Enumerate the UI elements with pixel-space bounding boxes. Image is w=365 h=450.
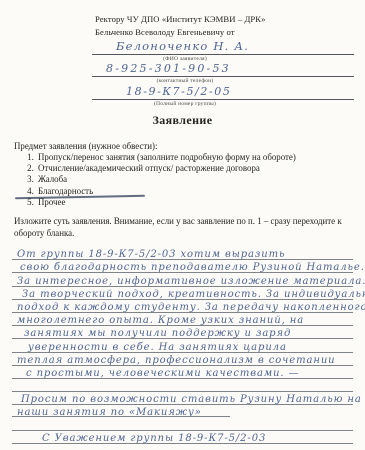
subject-item-3: Жалоба bbox=[36, 174, 296, 185]
subject-item-1: Пропуск/перенос занятия (заполните подро… bbox=[36, 152, 296, 163]
scanned-application-form: Ректору ЧУ ДПО «Институт КЭМВИ – ДРК» Бе… bbox=[0, 0, 365, 450]
group-number-caption: (Полный номер группы) bbox=[100, 101, 270, 107]
recipient-line1: Ректору ЧУ ДПО «Институт КЭМВИ – ДРК» bbox=[95, 13, 266, 26]
ruled-line-7: занятиях мы получили поддержку и заряд bbox=[12, 326, 353, 339]
handwritten-text-line-2: свою благодарность преподавателю Рузиной… bbox=[20, 262, 365, 273]
handwritten-text-line-1: От группы 18-9-К7-5/2-03 хотим выразить bbox=[17, 249, 285, 260]
ruled-line-2: свою благодарность преподавателю Рузиной… bbox=[12, 260, 353, 273]
handwritten-body: От группы 18-9-К7-5/2-03 хотим выразитьс… bbox=[12, 247, 353, 450]
contact-phone-field: 8-925-301-90-53 bbox=[92, 60, 354, 77]
ruled-line-11 bbox=[12, 379, 353, 392]
handwritten-text-line-6: многолетнего опыта. Кроме узких знаний, … bbox=[17, 315, 304, 326]
recipient-block: Ректору ЧУ ДПО «Институт КЭМВИ – ДРК» Бе… bbox=[95, 13, 266, 38]
subject-list: Пропуск/перенос занятия (заполните подро… bbox=[18, 152, 296, 208]
handwritten-text-line-3: За интересное, информативное изложение м… bbox=[17, 276, 365, 287]
ruled-line-5: подход к каждому студенту. За передачу н… bbox=[12, 300, 353, 313]
ruled-line-13: наши занятия по «Макияжу» bbox=[12, 405, 353, 417]
ruled-line-9: теплая атмосфера, профессионализм в соче… bbox=[12, 353, 353, 366]
ruled-line-14 bbox=[12, 417, 353, 430]
subject-label: Предмет заявления (нужное обвести): bbox=[14, 141, 157, 151]
form-title: Заявление bbox=[0, 113, 365, 128]
applicant-name-handwriting: Белоноченко Н. А. bbox=[116, 39, 249, 53]
handwritten-text-line-5: подход к каждому студенту. За передачу н… bbox=[17, 302, 365, 313]
subject-item-5: Прочее bbox=[36, 197, 296, 208]
ruled-line-3: За интересное, информативное изложение м… bbox=[12, 273, 353, 286]
handwritten-text-line-10: с простыми, человеческими качествами. — bbox=[26, 368, 299, 379]
subject-item-4: Благодарность bbox=[36, 186, 296, 197]
group-number-handwriting: 18-9-К7-5/2-05 bbox=[126, 85, 231, 98]
ruled-line-12: Просим по возможности ставить Рузину Нат… bbox=[12, 392, 353, 405]
ruled-line-4: За творческий подход, креативность. За и… bbox=[12, 287, 353, 300]
handwritten-text-line-12: Просим по возможности ставить Рузину Нат… bbox=[21, 394, 362, 405]
contact-phone-handwriting: 8-925-301-90-53 bbox=[106, 62, 231, 75]
handwritten-text-line-8: уверенности в себе. На занятиях царила bbox=[28, 342, 287, 353]
handwritten-text-line-9: теплая атмосфера, профессионализм в соче… bbox=[17, 355, 336, 366]
handwritten-text-line-4: За творческий подход, креативность. За и… bbox=[22, 289, 365, 300]
ruled-line-1: От группы 18-9-К7-5/2-03 хотим выразить bbox=[12, 247, 353, 260]
ruled-line-6: многолетнего опыта. Кроме узких знаний, … bbox=[12, 313, 353, 326]
subject-item-2: Отчисление/академический отпуск/ расторж… bbox=[36, 163, 296, 174]
ruled-line-16 bbox=[12, 444, 353, 450]
handwritten-text-line-15: С Уважением группы 18-9-К7-5/2-03 bbox=[42, 433, 266, 444]
group-number-field: 18-9-К7-5/2-05 bbox=[92, 84, 354, 100]
instruction-text: Изложите суть заявления. Внимание, если … bbox=[14, 216, 352, 239]
ruled-line-15: С Уважением группы 18-9-К7-5/2-03 bbox=[12, 431, 353, 444]
ruled-line-8: уверенности в себе. На занятиях царила bbox=[12, 339, 353, 352]
applicant-name-field: Белоноченко Н. А. bbox=[92, 36, 354, 55]
handwritten-text-line-7: занятиях мы получили поддержку и заряд bbox=[24, 328, 291, 339]
ruled-line-10: с простыми, человеческими качествами. — bbox=[12, 366, 353, 379]
